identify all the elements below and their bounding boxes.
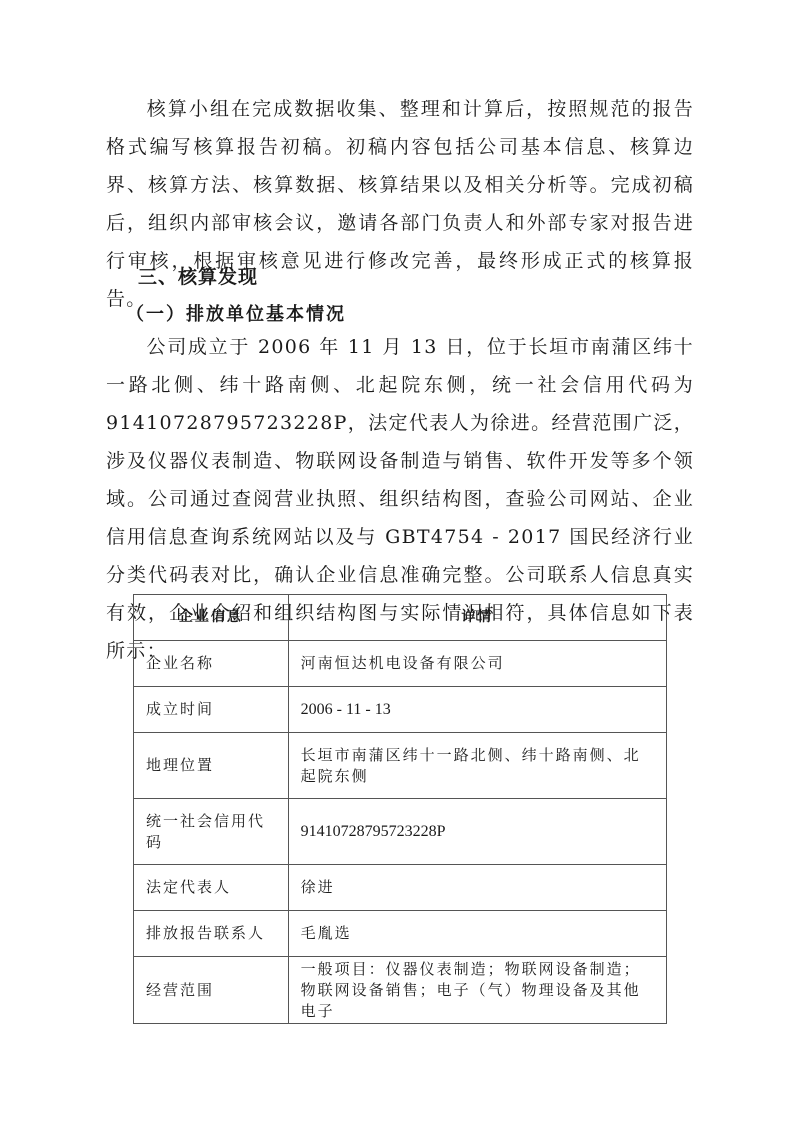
row-value: 河南恒达机电设备有限公司	[288, 641, 666, 687]
row-label: 地理位置	[134, 733, 289, 799]
table-row: 经营范围 一般项目：仪器仪表制造；物联网设备制造；物联网设备销售；电子（气）物理…	[134, 957, 667, 1024]
row-value: 2006 - 11 - 13	[288, 687, 666, 733]
table-row: 成立时间 2006 - 11 - 13	[134, 687, 667, 733]
column-header-detail: 详情	[288, 595, 666, 641]
subsection-heading: （一）排放单位基本情况	[126, 300, 346, 326]
document-page: 核算小组在完成数据收集、整理和计算后，按照规范的报告格式编写核算报告初稿。初稿内…	[0, 0, 800, 1130]
row-label: 成立时间	[134, 687, 289, 733]
table-header-row: 企业信息 详情	[134, 595, 667, 641]
table-row: 法定代表人 徐进	[134, 865, 667, 911]
row-label: 排放报告联系人	[134, 911, 289, 957]
column-header-info: 企业信息	[134, 595, 289, 641]
row-value: 毛胤选	[288, 911, 666, 957]
table-row: 企业名称 河南恒达机电设备有限公司	[134, 641, 667, 687]
row-label: 统一社会信用代码	[134, 799, 289, 865]
row-value: 一般项目：仪器仪表制造；物联网设备制造；物联网设备销售；电子（气）物理设备及其他…	[288, 957, 666, 1024]
table-row: 排放报告联系人 毛胤选	[134, 911, 667, 957]
company-info-table: 企业信息 详情 企业名称 河南恒达机电设备有限公司 成立时间 2006 - 11…	[133, 594, 667, 1024]
section-heading: 三、核算发现	[138, 262, 258, 289]
row-label: 法定代表人	[134, 865, 289, 911]
row-value: 长垣市南蒲区纬十一路北侧、纬十路南侧、北起院东侧	[288, 733, 666, 799]
row-label: 经营范围	[134, 957, 289, 1024]
table-row: 地理位置 长垣市南蒲区纬十一路北侧、纬十路南侧、北起院东侧	[134, 733, 667, 799]
row-value: 91410728795723228P	[288, 799, 666, 865]
row-value: 徐进	[288, 865, 666, 911]
row-label: 企业名称	[134, 641, 289, 687]
table-row: 统一社会信用代码 91410728795723228P	[134, 799, 667, 865]
